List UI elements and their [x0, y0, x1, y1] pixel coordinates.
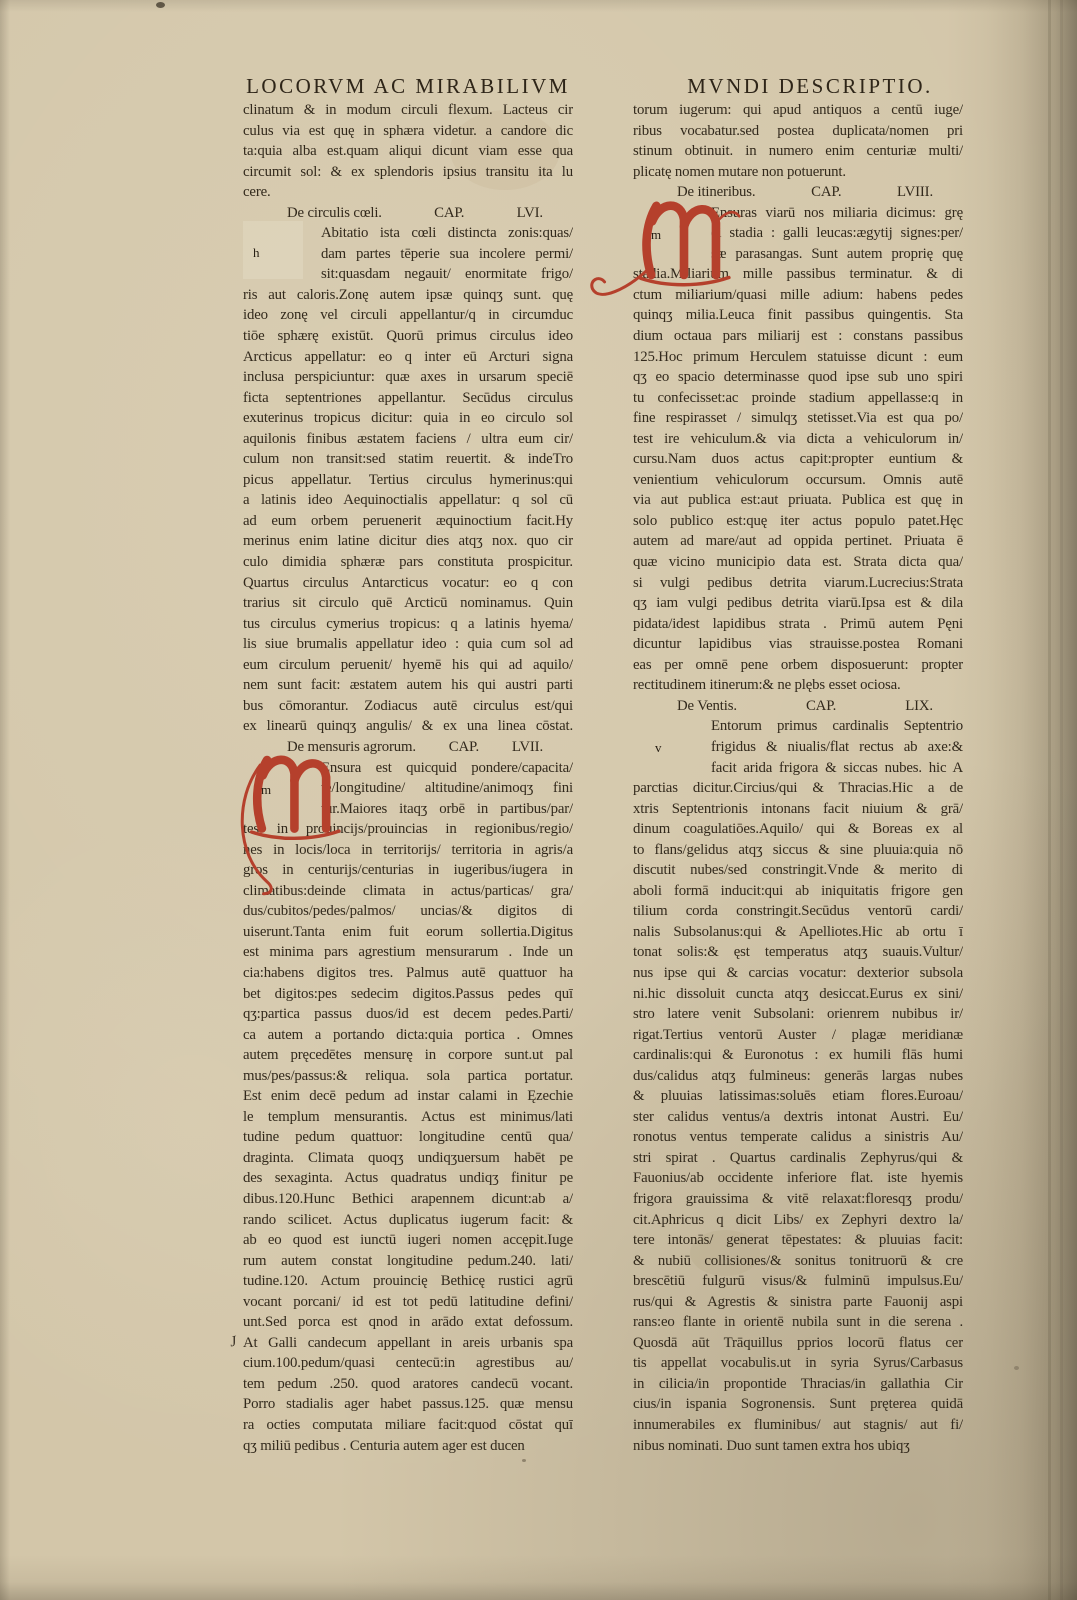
text-line: trarius sit circulo quē Arcticū nominamu…	[243, 593, 573, 614]
text-line: tudine.120. Actum prouincię Bethicę rust…	[243, 1271, 573, 1292]
text-line: rans:eo flante in orientē nubila sunt in…	[633, 1312, 963, 1333]
text-line: qʒ:partica passus duos/id est decem pede…	[243, 1004, 573, 1025]
text-line: ad eum orbem peruenerit æquinoctium faci…	[243, 511, 573, 532]
text-line: tur.Maiores itaqʒ orbē in partibus/par/	[243, 799, 573, 820]
text-line: nibus nominati. Duo sunt tamen extra hos…	[633, 1436, 963, 1457]
text-line: a latinis ideo Aequinoctialis appellatur…	[243, 490, 573, 511]
chapter-title: De itineribus.	[677, 182, 755, 203]
text-line: stri spirat . Quartus cardinalis Zephyru…	[633, 1148, 963, 1169]
text-line: aquilonis finibus æstatem faciens / ultr…	[243, 429, 573, 450]
chapter-number: LIX.	[905, 696, 933, 717]
text-line: picus appellatur. Tertius circulus hymer…	[243, 470, 573, 491]
guide-letter-m: m	[261, 782, 271, 798]
chapter-number: LVIII.	[897, 182, 933, 203]
text-line: bet digitos:pes sedecim digitos.Passus p…	[243, 984, 573, 1005]
text-line: ideo zonę vel circuli appellantur/q in c…	[243, 305, 573, 326]
running-title-right: MVNDI DESCRIPTIO.	[645, 74, 975, 99]
chapter-cap-label: CAP.	[811, 182, 841, 203]
text-line: circumit sol: & ex splendoris ipsius tra…	[243, 162, 573, 183]
text-line: draginta. Climata quoqʒ undiqʒuersum hab…	[243, 1148, 573, 1169]
text-line: ficta septentriones appellantur. Secūdus…	[243, 388, 573, 409]
text-line: in cilicia/in propontide Thracias/in gal…	[633, 1374, 963, 1395]
text-line: ni.hic dissoluit cuncta atqʒ desiccat.Eu…	[633, 984, 963, 1005]
right-text-column: m v torum iugerum: qui apud antiquos a c…	[633, 100, 963, 1456]
text-line: clinatum & in modum circuli flexum. Lact…	[243, 100, 573, 121]
text-line: lis siue brumalis appellatur ideo : quia…	[243, 634, 573, 655]
ink-speck	[1014, 1366, 1019, 1370]
text-line: quæ vicino municipio data est. Strata di…	[633, 552, 963, 573]
text-line: tiōe sphærę existūt. Quorū primus circul…	[243, 326, 573, 347]
guide-letter-v: v	[655, 740, 661, 756]
text-line: Ensura est quicquid pondere/capacita/	[243, 758, 573, 779]
text-line: tere intonās/ generat tēpestates: & pluu…	[633, 1230, 963, 1251]
chapter-title: De mensuris agrorum.	[287, 737, 416, 758]
text-line: tes in prouincijs/prouincias in regionib…	[243, 819, 573, 840]
text-line: innumerabiles ex fluminibus/ aut stagnis…	[633, 1415, 963, 1436]
text-line: gros in centurijs/centurias in iugeribus…	[243, 860, 573, 881]
text-line: nus ipse qui & carcias vocatur: dexterio…	[633, 963, 963, 984]
chapter-number: LVI.	[517, 203, 543, 224]
text-line: stinum obtinuit. in numero enim centuriæ…	[633, 141, 963, 162]
text-line: rectitudinem itinerum:& ne plębs esset o…	[633, 675, 963, 696]
text-line: cia:habens digitos tres. Palmus autē qua…	[243, 963, 573, 984]
text-line: stadia.Miliarium mille passibus terminat…	[633, 264, 963, 285]
text-line: torum iugerum: qui apud antiquos a centū…	[633, 100, 963, 121]
guide-letter-m: m	[651, 227, 661, 243]
text-line: brescētiū fulgurū visus/& fulminū impuls…	[633, 1271, 963, 1292]
text-line: sæ parasangas. Sunt autem proprię quę	[633, 244, 963, 265]
chapter-cap-label: CAP.	[449, 737, 479, 758]
text-line: Ensuras viarū nos miliaria dicimus: grę	[633, 203, 963, 224]
guide-letter-h: h	[253, 245, 259, 261]
text-line: rigat.Tertius ventorū Auster / plagæ mer…	[633, 1025, 963, 1046]
text-line: cursu.Nam duos actus capit:propter eunti…	[633, 449, 963, 470]
text-line: te/longitudine/ altitudine/animoqʒ fini	[243, 778, 573, 799]
text-line: tu confecisset:ac proinde stadium appell…	[633, 388, 963, 409]
text-line: est minima pars agrestium mensurarum . I…	[243, 942, 573, 963]
text-line: rum autem constat longitudine pedum.240.…	[243, 1251, 573, 1272]
chapter-number: LVII.	[512, 737, 543, 758]
page-edge-shadow	[1048, 0, 1051, 1600]
text-line: cius/in ispania Sogronensis. Sunt pręter…	[633, 1394, 963, 1415]
text-line: nes in locis/loca in territorijs/ territ…	[243, 840, 573, 861]
text-line: exuterinus tropicus dicitur: quia in eo …	[243, 408, 573, 429]
text-line: bus cōmorantur. Zodiacus autē circulus e…	[243, 696, 573, 717]
text-line: ribus vocabatur.sed postea duplicata/nom…	[633, 121, 963, 142]
text-line: tilium corda constringit.Secūdus ventorū…	[633, 901, 963, 922]
text-line: des sexaginta. Actus quadratus undiqʒ fi…	[243, 1168, 573, 1189]
text-line: tonat solis:& ęst temperatus atqʒ suauis…	[633, 942, 963, 963]
ink-speck	[156, 2, 165, 8]
text-line: vocant porcani/ id est tot pedū latitudi…	[243, 1292, 573, 1313]
text-line: At Galli candecum appellant in areis urb…	[243, 1333, 573, 1354]
page-edge-shadow	[1060, 0, 1063, 1600]
text-line: nem sunt facit: æstatem autem his qui au…	[243, 675, 573, 696]
text-line: dus/calidus atqʒ fulmineus: generās larg…	[633, 1066, 963, 1087]
text-line: Entorum primus cardinalis Septentrio	[633, 716, 963, 737]
text-line: qʒ iam vulgi pedibus detrita viarū.Ipsa …	[633, 593, 963, 614]
text-line: plicatę nomen mutare non potuerunt.	[633, 162, 963, 183]
text-line: xtris Septentrionis intonans facit niuiu…	[633, 799, 963, 820]
text-line: autem pręcedētes mensurę in corpore sunt…	[243, 1045, 573, 1066]
text-line: culo dimidia sphæræ pars constituta pros…	[243, 552, 573, 573]
text-line: stro latere venit Subsolani: orienrem nu…	[633, 1004, 963, 1025]
text-line: nalis Subsolanus:qui & Apelliotes.Hic ab…	[633, 922, 963, 943]
text-line: cium.100.pedum/quasi centecū:in agrestib…	[243, 1353, 573, 1374]
text-line: solo publico est:quę iter actus populo p…	[633, 511, 963, 532]
text-line: culum non transit:sed statim reuertit. &…	[243, 449, 573, 470]
text-line: eum circulum peruenit/ hyemē his qui ad …	[243, 655, 573, 676]
text-line: ab eo quod est iunctū iugeri nomen accęp…	[243, 1230, 573, 1251]
left-text-column: h m clinatum & in modum circuli flexum. …	[243, 100, 573, 1456]
text-line: tus circulus cymerius tropicus: q a lati…	[243, 614, 573, 635]
marginal-pen-mark: J	[229, 1334, 239, 1352]
text-line: dibus.120.Hunc Bethici arapennem dicunt:…	[243, 1189, 573, 1210]
text-line: ris aut caloris.Zonę autem ipsæ quinqʒ s…	[243, 285, 573, 306]
text-line: & nubiū collisiones/& sonitus tonitruorū…	[633, 1251, 963, 1272]
chapter-cap-label: CAP.	[434, 203, 464, 224]
text-line: le templum mensurantis. Actus est minimu…	[243, 1107, 573, 1128]
text-line: discutit nubes/sed constringit.Vnde & me…	[633, 860, 963, 881]
text-line: Quartus circulus Antarcticus vocatur: eo…	[243, 573, 573, 594]
text-line: qʒ eo spacio determinasse quod ipse sub …	[633, 367, 963, 388]
text-line: via aut publica est:aut priuata. Publica…	[633, 490, 963, 511]
text-line: culus via est quę in sphæra videtur. a c…	[243, 121, 573, 142]
text-line: quinqʒ milia.Leuca finit passibus quinge…	[633, 305, 963, 326]
text-line: dium octaua pars miliarij est : constans…	[633, 326, 963, 347]
unpainted-initial-space	[243, 221, 303, 279]
text-line: pidata/idest lapidibus strata . Primū au…	[633, 614, 963, 635]
chapter-heading: De Ventis.CAP.LIX.	[633, 696, 963, 717]
text-line: cit.Aphricus q dicit Libs/ ex Zephyri de…	[633, 1210, 963, 1231]
text-line: qʒ miliū pedibus . Centuria autem ager e…	[243, 1436, 573, 1457]
text-line: ster calidus ventus/a dextris intonat Au…	[633, 1107, 963, 1128]
text-line: mus/pes/passus:& reliqua. sola partica p…	[243, 1066, 573, 1087]
text-line: aboli formā inducit:qui ab iniquitatis f…	[633, 881, 963, 902]
text-line: dus/cubitos/pedes/palmos/ uncias/& digit…	[243, 901, 573, 922]
text-line: frigidus & niualis/flat rectus ab axe:&	[633, 737, 963, 758]
text-line: venientium vehiculorum occursum. Omnis a…	[633, 470, 963, 491]
text-line: ci stadia : galli leucas:ægytij signes:p…	[633, 223, 963, 244]
text-line: ronotus ventus temperate calidus a sinis…	[633, 1127, 963, 1148]
text-line: uiserunt.Tanta enim fuit eorum sollertia…	[243, 922, 573, 943]
chapter-heading: De itineribus.CAP.LVIII.	[633, 182, 963, 203]
text-line: tem pedum .250. quod aratores candecū vo…	[243, 1374, 573, 1395]
text-line: fine respirasset / simulqʒ stetisset.Via…	[633, 408, 963, 429]
text-line: rando scilicet. Actus duplicatus iugerum…	[243, 1210, 573, 1231]
text-line: tudine pedum quattuor: longitudine centū…	[243, 1127, 573, 1148]
text-line: parctias dicitur.Circius/qui & Thracias.…	[633, 778, 963, 799]
text-line: rus/qui & Agrestis & sinistra parte Fauo…	[633, 1292, 963, 1313]
text-line: Quosdā aūt Trāquillus pprios locorū flat…	[633, 1333, 963, 1354]
chapter-cap-label: CAP.	[806, 696, 836, 717]
text-line: ex linearū quinqʒ angulis/ & ex una line…	[243, 716, 573, 737]
text-line: facit arida frigora & siccas nubes. hic …	[633, 758, 963, 779]
text-line: & pluuias latissimas:soluēs etiam flores…	[633, 1086, 963, 1107]
text-line: cardinalis:qui & Euronotus : ex humili f…	[633, 1045, 963, 1066]
text-line: unt.Sed porca est qnod in arādo extat de…	[243, 1312, 573, 1333]
text-line: si vulgi pedibus detrita viarum.Lucreciu…	[633, 573, 963, 594]
text-line: cere.	[243, 182, 573, 203]
chapter-title: De Ventis.	[677, 696, 737, 717]
text-line: ta:quia alba est.quam aliqui dicunt viam…	[243, 141, 573, 162]
text-line: eas per omnē pene orbem disposuerunt: pr…	[633, 655, 963, 676]
text-line: inclusa perspiciuntur: quæ axes in ursar…	[243, 367, 573, 388]
text-line: climatibus:deinde climata in actus/parti…	[243, 881, 573, 902]
ink-speck	[522, 1459, 526, 1462]
text-line: frigora grauissima & vitē relaxat:flores…	[633, 1189, 963, 1210]
text-line: dicuntur lapidibus vias strauisse.postea…	[633, 634, 963, 655]
text-line: test ire vehiculum.& via dicta a vehicul…	[633, 429, 963, 450]
text-line: dinum coagulatiōes.Aquilo/ qui & Boreas …	[633, 819, 963, 840]
text-line: merinus enim latine dicitur dies atqʒ no…	[243, 531, 573, 552]
running-title-left: LOCORVM AC MIRABILIVM	[243, 74, 573, 99]
text-line: Porro stadialis ager habet passus.125. q…	[243, 1394, 573, 1415]
text-line: tis appellat vocabulis.ut in syria Syrus…	[633, 1353, 963, 1374]
text-line: Est enim decē pedum ad instar calami in …	[243, 1086, 573, 1107]
text-line: Fauonius/ab occidente inferiore flat. is…	[633, 1168, 963, 1189]
text-line: ca autem a portando dicta:quia portica .…	[243, 1025, 573, 1046]
text-line: to flans/gelidus atqʒ siccus & sine pluu…	[633, 840, 963, 861]
text-line: 125.Hoc primum Herculem statuisse dicunt…	[633, 347, 963, 368]
text-line: Arcticus appellatur: eo q inter eū Arctu…	[243, 347, 573, 368]
text-line: ctum miliarium/quasi mille adium: habens…	[633, 285, 963, 306]
text-line: ra octies computata miliare facit:quod c…	[243, 1415, 573, 1436]
book-page: LOCORVM AC MIRABILIVM MVNDI DESCRIPTIO. …	[0, 0, 1077, 1600]
text-line: autem ad mare/aut ad oppida pertinet. Pr…	[633, 531, 963, 552]
chapter-heading: De mensuris agrorum.CAP.LVII.	[243, 737, 573, 758]
